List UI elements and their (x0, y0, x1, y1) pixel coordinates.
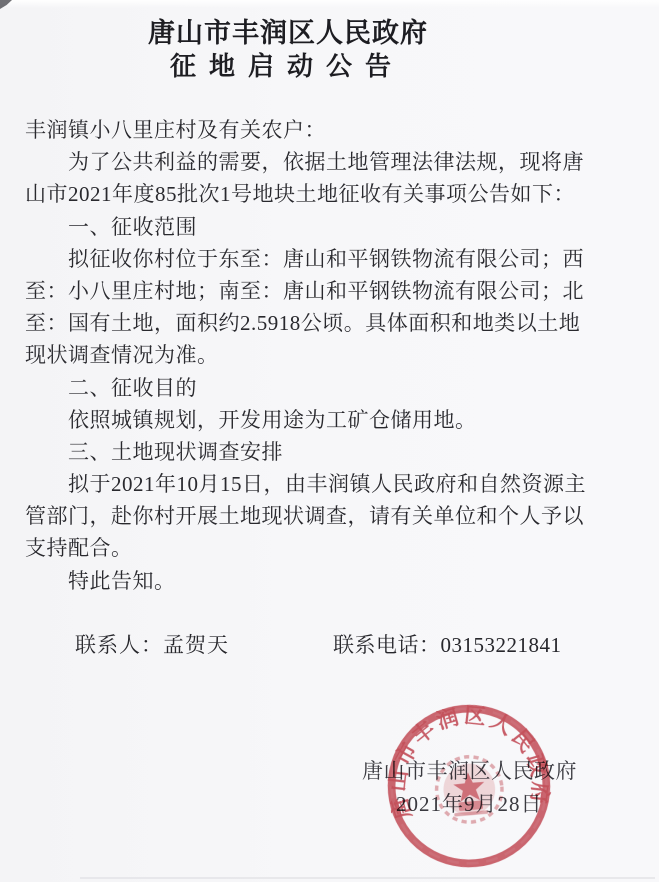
closing-line: 特此告知。 (25, 565, 625, 597)
body-line: 山市2021年度85批次1号地块土地征收有关事项公告如下： (25, 178, 625, 210)
body-line: 管部门，赴你村开展土地现状调查，请有关单位和个人予以 (25, 500, 625, 532)
scan-top-edge (0, 0, 659, 8)
scanned-document-page: 唐山市丰润区人民政府 征地启动公告 丰润镇小八里庄村及有关农户： 为了公共利益的… (0, 0, 659, 882)
document-body: 丰润镇小八里庄村及有关农户： 为了公共利益的需要，依据土地管理法律法规，现将唐 … (25, 114, 625, 597)
body-line: 拟征收你村位于东至：唐山和平钢铁物流有限公司；西 (25, 243, 625, 275)
scan-bottom-edge (80, 877, 655, 879)
seal-emblem (434, 754, 505, 825)
body-line: 至：小八里庄村地；南至：唐山和平钢铁物流有限公司；北 (25, 275, 625, 307)
body-line: 依照城镇规划，开发用途为工矿仓储用地。 (25, 404, 625, 436)
body-line: 为了公共利益的需要，依据土地管理法律法规，现将唐 (25, 146, 625, 178)
body-line: 拟于2021年10月15日，由丰润镇人民政府和自然资源主 (25, 468, 625, 500)
salutation: 丰润镇小八里庄村及有关农户： (25, 114, 625, 146)
section-heading-2: 二、征收目的 (25, 372, 625, 404)
announcement-subtitle: 征地启动公告 (170, 46, 404, 83)
section-heading-3: 三、土地现状调查安排 (25, 436, 625, 468)
section-heading-1: 一、征收范围 (25, 211, 625, 243)
contact-phone: 联系电话：03153221841 (333, 629, 562, 659)
body-line: 支持配合。 (25, 532, 625, 564)
official-seal-stamp: 唐山市丰润区人民政府 (376, 693, 562, 879)
document-title: 唐山市丰润区人民政府 (148, 11, 428, 50)
body-line: 至：国有土地，面积约2.5918公顷。具体面积和地类以土地 (25, 307, 625, 339)
body-line: 现状调查情况为准。 (25, 339, 625, 371)
contact-person: 联系人：孟贺天 (75, 629, 229, 659)
